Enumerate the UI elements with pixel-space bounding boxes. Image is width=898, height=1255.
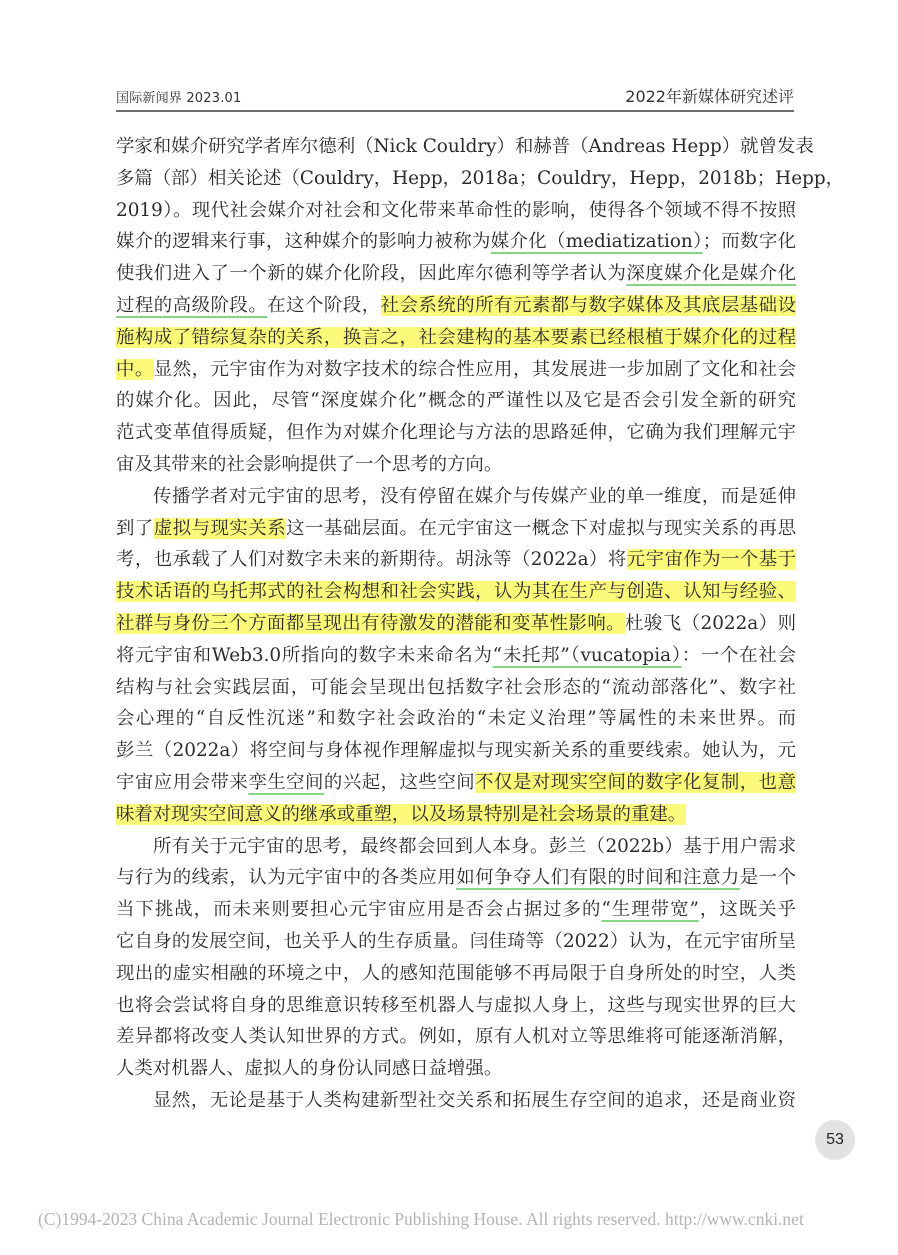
underlined-text: 如何争夺人们有限的时间和注意力 [456, 867, 740, 888]
underlined-text: 深度媒介化是媒介化 [626, 263, 796, 284]
highlighted-text: 虚拟与现实关系 [154, 518, 286, 539]
highlighted-text: 技术话语的乌托邦式的社会构想和社会实践，认为其在生产与创造、认知与经验、 [116, 581, 796, 602]
text-line: 社群与身份三个方面都呈现出有待激发的潜能和变革性影响。杜骏飞（2022a）则 [116, 608, 796, 640]
text-segment: 显然，无论是基于人类构建新型社交关系和拓展生存空间的追求，还是商业资 [153, 1090, 796, 1111]
text-segment: 差异都将改变人类认知世界的方式。例如，原有人机对立等思维将可能逐渐消解， [116, 1026, 796, 1047]
text-line: 将元宇宙和Web3.0所指向的数字未来命名为“未托邦”（vucatopia）：一… [116, 640, 796, 672]
text-segment: 是一个 [740, 867, 796, 888]
text-line: 2019）。现代社会媒介对社会和文化带来革命性的影响，使得各个领域不得不按照 [116, 195, 796, 227]
underlined-text: 媒介化（mediatization） [491, 231, 703, 252]
text-segment: ，这既关乎 [699, 899, 796, 920]
text-segment: 媒介的逻辑来行事，这种媒介的影响力被称为 [116, 231, 491, 252]
text-segment: 范式变革值得质疑，但作为对媒介化理论与方法的思路延伸，它确为我们理解元宇 [116, 422, 796, 443]
text-segment: 2019）。现代社会媒介对社会和文化带来革命性的影响，使得各个领域不得不按照 [116, 200, 796, 221]
highlighted-text: 元宇宙作为一个基于 [627, 549, 796, 570]
text-line: 中。显然，元宇宙作为对数字技术的综合性应用，其发展进一步加剧了文化和社会 [116, 354, 796, 386]
underlined-text: 孪生空间 [248, 772, 324, 793]
highlighted-text: 不仅是对现实空间的数字化复制，也意 [475, 772, 796, 793]
text-segment: ；而数字化 [703, 231, 796, 252]
text-line: 的媒介化。因此，尽管“深度媒介化”概念的严谨性以及它是否会引发全新的研究 [116, 385, 796, 417]
journal-issue: 国际新闻界 2023.01 [116, 87, 242, 106]
text-segment: 将元宇宙和Web3.0所指向的数字未来命名为 [116, 645, 493, 666]
highlighted-text: 施构成了错综复杂的关系，换言之，社会建构的基本要素已经根植于媒介化的过程 [116, 327, 796, 348]
text-line: 与行为的线索，认为元宇宙中的各类应用如何争夺人们有限的时间和注意力是一个 [116, 862, 796, 894]
article-body: 学家和媒介研究学者库尔德利（Nick Couldry）和赫普（Andreas H… [116, 131, 796, 1117]
text-line: 人类对机器人、虚拟人的身份认同感日益增强。 [116, 1053, 796, 1085]
text-line: 彭兰（2022a）将空间与身体视作理解虚拟与现实新关系的重要线索。她认为，元 [116, 735, 796, 767]
text-line: 过程的高级阶段。在这个阶段，社会系统的所有元素都与数字媒体及其底层基础设 [116, 290, 796, 322]
text-segment: 所有关于元宇宙的思考，最终都会回到人本身。彭兰（2022b）基于用户需求 [153, 836, 796, 857]
highlighted-text: 社会系统的所有元素都与数字媒体及其底层基础设 [381, 295, 796, 316]
text-line: 宙及其带来的社会影响提供了一个思考的方向。 [116, 449, 796, 481]
text-segment: 多篇（部）相关论述（Couldry，Hepp，2018a；Couldry，Hep… [116, 168, 844, 189]
text-line: 它自身的发展空间，也关乎人的生存质量。闫佳琦等（2022）认为，在元宇宙所呈 [116, 926, 796, 958]
text-segment: 显然，元宇宙作为对数字技术的综合性应用，其发展进一步加剧了文化和社会 [154, 359, 796, 380]
text-segment: 的媒介化。因此，尽管“深度媒介化”概念的严谨性以及它是否会引发全新的研究 [116, 390, 796, 411]
text-segment: 现出的虚实相融的环境之中，人的感知范围能够不再局限于自身所处的时空，人类 [116, 963, 796, 984]
text-segment: ：一个在社会 [682, 645, 796, 666]
text-line: 所有关于元宇宙的思考，最终都会回到人本身。彭兰（2022b）基于用户需求 [116, 831, 796, 863]
text-line: 考，也承载了人们对数字未来的新期待。胡泳等（2022a）将元宇宙作为一个基于 [116, 544, 796, 576]
text-segment: 学家和媒介研究学者库尔德利（Nick Couldry）和赫普（Andreas H… [116, 136, 814, 157]
text-segment: 这一基础层面。在元宇宙这一概念下对虚拟与现实关系的再思 [286, 518, 796, 539]
text-segment: 会心理的“自反性沉迷”和数字社会政治的“未定义治理”等属性的未来世界。而 [116, 708, 796, 729]
highlighted-text: 味着对现实空间意义的继承或重塑，以及场景特别是社会场景的重建。 [116, 804, 686, 825]
text-line: 会心理的“自反性沉迷”和数字社会政治的“未定义治理”等属性的未来世界。而 [116, 703, 796, 735]
text-segment: 当下挑战，而未来则要担心元宇宙应用是否会占据过多的 [116, 899, 601, 920]
text-segment: 宙及其带来的社会影响提供了一个思考的方向。 [116, 454, 502, 475]
text-line: 到了虚拟与现实关系这一基础层面。在元宇宙这一概念下对虚拟与现实关系的再思 [116, 513, 796, 545]
text-segment: 人类对机器人、虚拟人的身份认同感日益增强。 [116, 1058, 502, 1079]
text-segment: 传播学者对元宇宙的思考，没有停留在媒介与传媒产业的单一维度，而是延伸 [153, 486, 796, 507]
text-line: 宇宙应用会带来孪生空间的兴起，这些空间不仅是对现实空间的数字化复制，也意 [116, 767, 796, 799]
page-header: 国际新闻界 2023.01 2022年新媒体研究述评 [116, 86, 794, 112]
underlined-text: “生理带宽” [601, 899, 699, 920]
text-segment: 彭兰（2022a）将空间与身体视作理解虚拟与现实新关系的重要线索。她认为，元 [116, 740, 796, 761]
text-line: 差异都将改变人类认知世界的方式。例如，原有人机对立等思维将可能逐渐消解， [116, 1021, 796, 1053]
text-line: 使我们进入了一个新的媒介化阶段，因此库尔德利等学者认为深度媒介化是媒介化 [116, 258, 796, 290]
text-line: 味着对现实空间意义的继承或重塑，以及场景特别是社会场景的重建。 [116, 799, 796, 831]
text-line: 传播学者对元宇宙的思考，没有停留在媒介与传媒产业的单一维度，而是延伸 [116, 481, 796, 513]
highlighted-text: 社群与身份三个方面都呈现出有待激发的潜能和变革性影响。 [116, 613, 625, 634]
copyright-footer: (C)1994-2023 China Academic Journal Elec… [38, 1209, 804, 1230]
page-number: 53 [815, 1120, 855, 1160]
text-segment: 的兴起，这些空间 [324, 772, 475, 793]
text-line: 学家和媒介研究学者库尔德利（Nick Couldry）和赫普（Andreas H… [116, 131, 796, 163]
text-line: 现出的虚实相融的环境之中，人的感知范围能够不再局限于自身所处的时空，人类 [116, 958, 796, 990]
text-segment: 使我们进入了一个新的媒介化阶段，因此库尔德利等学者认为 [116, 263, 626, 284]
text-segment: 考，也承载了人们对数字未来的新期待。胡泳等（2022a）将 [116, 549, 627, 570]
underlined-text: 过程的高级阶段。 [116, 295, 267, 316]
underlined-text: “未托邦”（vucatopia） [493, 645, 682, 666]
text-segment: 到了 [116, 518, 154, 539]
text-segment: 结构与社会实践层面，可能会呈现出包括数字社会形态的“流动部落化”、数字社 [116, 677, 796, 698]
text-segment: 杜骏飞（2022a）则 [625, 613, 796, 634]
text-line: 显然，无论是基于人类构建新型社交关系和拓展生存空间的追求，还是商业资 [116, 1085, 796, 1117]
text-segment: 宇宙应用会带来 [116, 772, 248, 793]
text-line: 也将会尝试将自身的思维意识转移至机器人与虚拟人身上，这些与现实世界的巨大 [116, 990, 796, 1022]
text-segment: 也将会尝试将自身的思维意识转移至机器人与虚拟人身上，这些与现实世界的巨大 [116, 995, 796, 1016]
text-segment: 它自身的发展空间，也关乎人的生存质量。闫佳琦等（2022）认为，在元宇宙所呈 [116, 931, 796, 952]
section-title: 2022年新媒体研究述评 [625, 84, 794, 107]
text-line: 当下挑战，而未来则要担心元宇宙应用是否会占据过多的“生理带宽”，这既关乎 [116, 894, 796, 926]
text-line: 多篇（部）相关论述（Couldry，Hepp，2018a；Couldry，Hep… [116, 163, 796, 195]
highlighted-text: 中。 [116, 359, 154, 380]
text-line: 技术话语的乌托邦式的社会构想和社会实践，认为其在生产与创造、认知与经验、 [116, 576, 796, 608]
text-segment: 在这个阶段， [267, 295, 380, 316]
text-line: 施构成了错综复杂的关系，换言之，社会建构的基本要素已经根植于媒介化的过程 [116, 322, 796, 354]
text-line: 范式变革值得质疑，但作为对媒介化理论与方法的思路延伸，它确为我们理解元宇 [116, 417, 796, 449]
text-line: 媒介的逻辑来行事，这种媒介的影响力被称为媒介化（mediatization）；而… [116, 226, 796, 258]
text-segment: 与行为的线索，认为元宇宙中的各类应用 [116, 867, 456, 888]
text-line: 结构与社会实践层面，可能会呈现出包括数字社会形态的“流动部落化”、数字社 [116, 672, 796, 704]
